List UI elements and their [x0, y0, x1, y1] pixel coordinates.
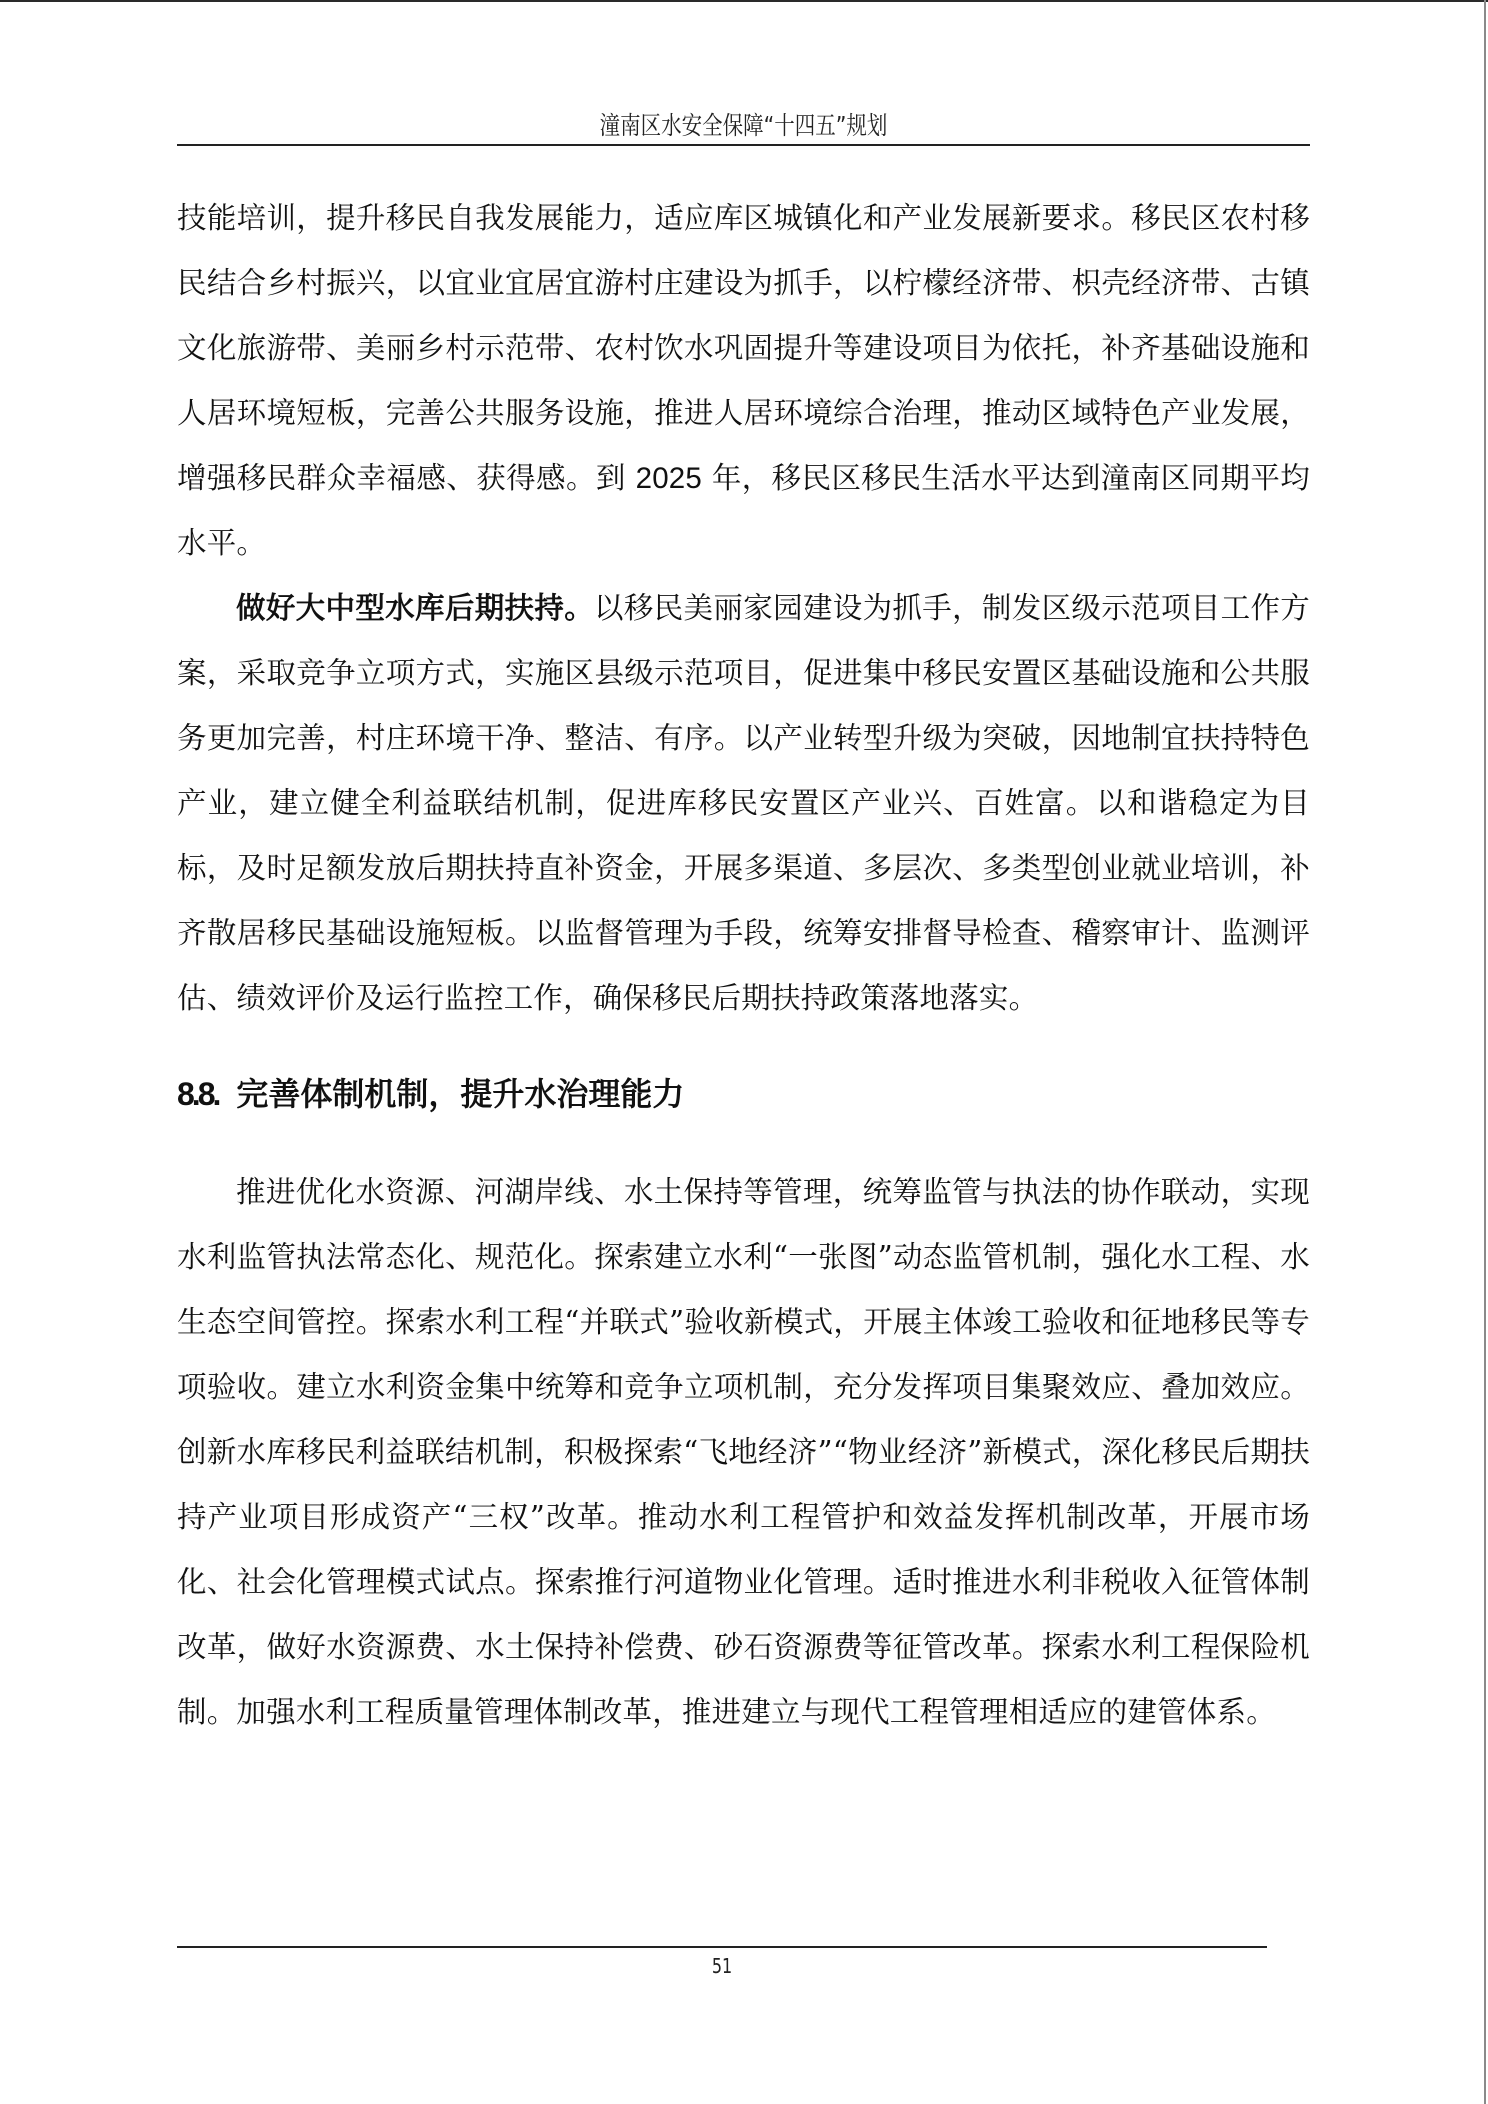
paragraph-bold-lead: 做好大中型水库后期扶持。	[236, 591, 594, 625]
paragraph-resettlement-development: 技能培训，提升移民自我发展能力，适应库区城镇化和产业发展新要求。移民区农村移民结…	[177, 186, 1310, 576]
year-number: 2025	[636, 462, 702, 495]
section-number: 8.8.	[177, 1076, 218, 1112]
paragraph-text: 以移民美丽家园建设为抓手，制发区级示范项目工作方案，采取竞争立项方式，实施区县级…	[177, 591, 1310, 1015]
page-footer: 51	[177, 1946, 1267, 2008]
body-block-reservoir-support: 做好大中型水库后期扶持。以移民美丽家园建设为抓手，制发区级示范项目工作方案，采取…	[177, 576, 1310, 1031]
page-top-edge	[0, 0, 1488, 2]
section-title: 完善体制机制，提升水治理能力	[236, 1075, 684, 1113]
paragraph-reservoir-support: 做好大中型水库后期扶持。以移民美丽家园建设为抓手，制发区级示范项目工作方案，采取…	[177, 576, 1310, 1031]
page-number: 51	[286, 1954, 1158, 1978]
paragraph-governance-reform: 推进优化水资源、河湖岸线、水土保持等管理，统筹监管与执法的协作联动，实现水利监管…	[177, 1160, 1310, 1745]
paragraph-text: 技能培训，提升移民自我发展能力，适应库区城镇化和产业发展新要求。移民区农村移民结…	[177, 201, 1310, 495]
body-block-governance: 推进优化水资源、河湖岸线、水土保持等管理，统筹监管与执法的协作联动，实现水利监管…	[177, 1160, 1310, 1745]
page-right-edge	[1484, 0, 1486, 2104]
running-header: 潼南区水安全保障“十四五”规划	[177, 100, 1310, 146]
body-block-resettlement: 技能培训，提升移民自我发展能力，适应库区城镇化和产业发展新要求。移民区农村移民结…	[177, 186, 1310, 576]
header-title: 潼南区水安全保障“十四五”规划	[279, 106, 1208, 142]
section-heading: 8.8.完善体制机制，提升水治理能力	[177, 1066, 1310, 1122]
